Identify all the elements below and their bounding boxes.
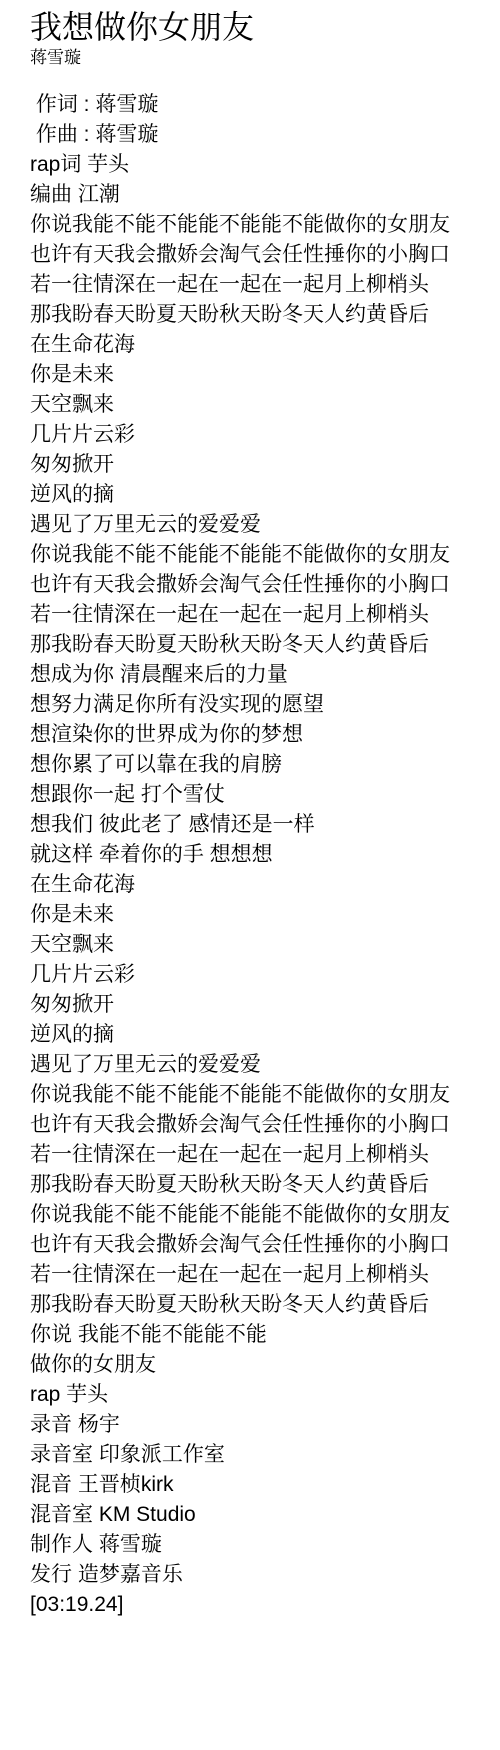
lyric-line: 制作人 蒋雪璇: [30, 1530, 490, 1560]
lyric-line: 录音室 印象派工作室: [30, 1440, 490, 1470]
lyric-line: 也许有天我会撒娇会淘气会任性捶你的小胸口: [30, 240, 490, 270]
lyric-line: 遇见了万里无云的爱爱爱: [30, 1050, 490, 1080]
lyrics-block: 作词 : 蒋雪璇 作曲 : 蒋雪璇rap词 芋头编曲 江潮你说我能不能不能能不能…: [30, 90, 490, 1620]
lyric-line: 作词 : 蒋雪璇: [30, 90, 490, 120]
lyric-line: 逆风的摘: [30, 480, 490, 510]
lyric-line: 混音 王晋桢kirk: [30, 1470, 490, 1500]
lyric-line: 那我盼春天盼夏天盼秋天盼冬天人约黄昏后: [30, 1170, 490, 1200]
lyric-line: 做你的女朋友: [30, 1350, 490, 1380]
lyric-line: 那我盼春天盼夏天盼秋天盼冬天人约黄昏后: [30, 630, 490, 660]
lyric-line: 就这样 牵着你的手 想想想: [30, 840, 490, 870]
lyric-line: 你说 我能不能不能能不能: [30, 1320, 490, 1350]
lyric-line: 发行 造梦嘉音乐: [30, 1560, 490, 1590]
lyric-line: 你是未来: [30, 360, 490, 390]
lyric-line: 若一往情深在一起在一起在一起月上柳梢头: [30, 1260, 490, 1290]
lyric-line: 若一往情深在一起在一起在一起月上柳梢头: [30, 270, 490, 300]
lyric-line: 在生命花海: [30, 870, 490, 900]
lyric-line: 想跟你一起 打个雪仗: [30, 780, 490, 810]
lyric-line: 几片片云彩: [30, 420, 490, 450]
lyric-line: 作曲 : 蒋雪璇: [30, 120, 490, 150]
lyric-line: 想你累了可以靠在我的肩膀: [30, 750, 490, 780]
lyric-line: [03:19.24]: [30, 1590, 490, 1620]
lyrics-page: 我想做你女朋友 蒋雪璇 作词 : 蒋雪璇 作曲 : 蒋雪璇rap词 芋头编曲 江…: [0, 0, 500, 1620]
lyric-line: 天空飘来: [30, 390, 490, 420]
song-title: 我想做你女朋友: [30, 8, 490, 46]
lyric-line: 编曲 江潮: [30, 180, 490, 210]
lyric-line: 匆匆掀开: [30, 990, 490, 1020]
lyric-line: 在生命花海: [30, 330, 490, 360]
lyric-line: 想成为你 清晨醒来后的力量: [30, 660, 490, 690]
lyric-line: rap词 芋头: [30, 150, 490, 180]
lyric-line: 匆匆掀开: [30, 450, 490, 480]
lyric-line: 若一往情深在一起在一起在一起月上柳梢头: [30, 1140, 490, 1170]
lyric-line: 想我们 彼此老了 感情还是一样: [30, 810, 490, 840]
lyric-line: 若一往情深在一起在一起在一起月上柳梢头: [30, 600, 490, 630]
lyric-line: 那我盼春天盼夏天盼秋天盼冬天人约黄昏后: [30, 1290, 490, 1320]
lyric-line: 也许有天我会撒娇会淘气会任性捶你的小胸口: [30, 1230, 490, 1260]
lyric-line: 想努力满足你所有没实现的愿望: [30, 690, 490, 720]
lyric-line: 那我盼春天盼夏天盼秋天盼冬天人约黄昏后: [30, 300, 490, 330]
lyric-line: 你是未来: [30, 900, 490, 930]
lyric-line: 想渲染你的世界成为你的梦想: [30, 720, 490, 750]
lyric-line: 逆风的摘: [30, 1020, 490, 1050]
lyric-line: 你说我能不能不能能不能能不能做你的女朋友: [30, 1080, 490, 1110]
lyric-line: 你说我能不能不能能不能能不能做你的女朋友: [30, 1200, 490, 1230]
lyric-line: 天空飘来: [30, 930, 490, 960]
lyric-line: 录音 杨宇: [30, 1410, 490, 1440]
lyric-line: 混音室 KM Studio: [30, 1500, 490, 1530]
song-artist: 蒋雪璇: [30, 48, 490, 68]
lyric-line: 你说我能不能不能能不能能不能做你的女朋友: [30, 210, 490, 240]
lyric-line: 也许有天我会撒娇会淘气会任性捶你的小胸口: [30, 570, 490, 600]
lyric-line: 遇见了万里无云的爱爱爱: [30, 510, 490, 540]
lyric-line: 几片片云彩: [30, 960, 490, 990]
lyric-line: 也许有天我会撒娇会淘气会任性捶你的小胸口: [30, 1110, 490, 1140]
lyric-line: rap 芋头: [30, 1380, 490, 1410]
lyric-line: 你说我能不能不能能不能能不能做你的女朋友: [30, 540, 490, 570]
